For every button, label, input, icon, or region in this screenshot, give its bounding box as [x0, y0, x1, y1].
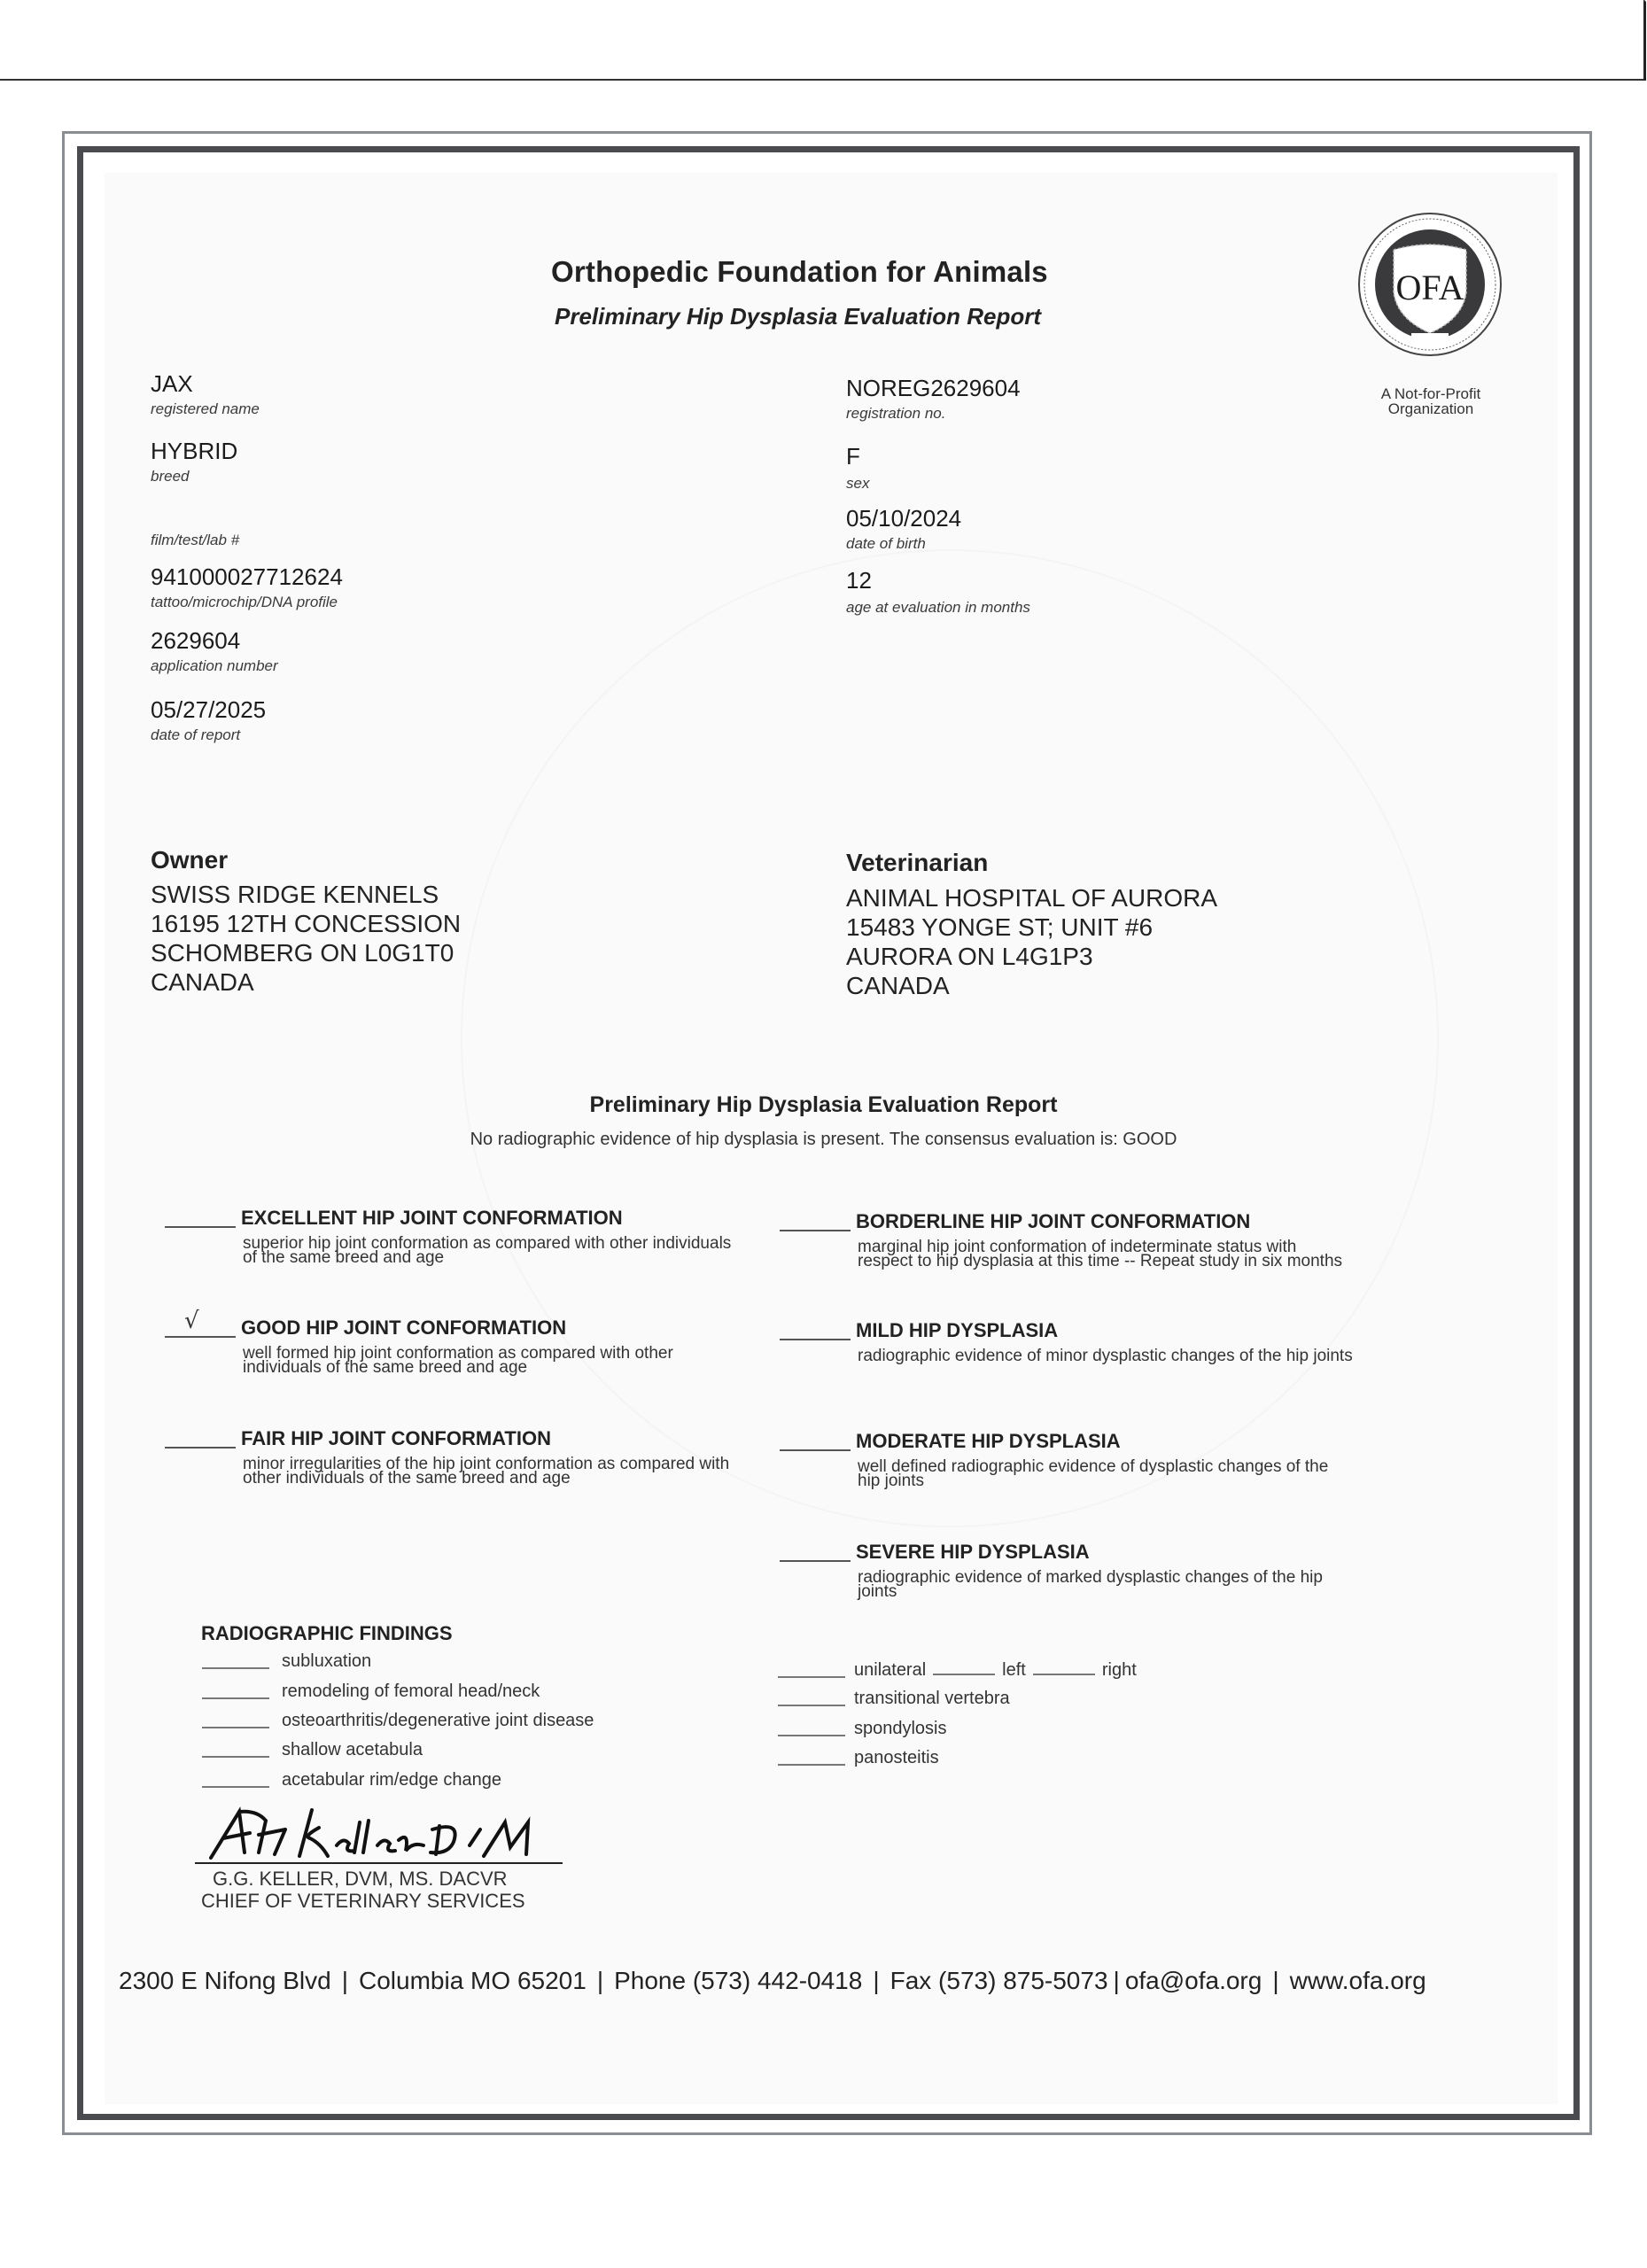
sex-label: sex	[846, 475, 869, 493]
footer-separator: |	[342, 1967, 348, 1994]
veterinarian-address: ANIMAL HOSPITAL OF AURORA 15483 YONGE ST…	[846, 883, 1217, 1000]
finding-label: subluxation	[282, 1651, 371, 1672]
svg-text:OFA: OFA	[1395, 268, 1464, 307]
date-of-birth-label: date of birth	[846, 535, 926, 553]
finding-label: panosteitis	[854, 1748, 939, 1768]
breed-value: HYBRID	[151, 438, 237, 465]
grade-description: radiographic evidence of minor dysplasti…	[858, 1349, 1354, 1363]
footer-separator: |	[1114, 1967, 1120, 1994]
veterinarian-line: AURORA ON L4G1P3	[846, 942, 1217, 971]
grade-description: well defined radiographic evidence of dy…	[858, 1460, 1354, 1488]
age-months-label: age at evaluation in months	[846, 599, 1030, 617]
grade-description: well formed hip joint conformation as co…	[243, 1347, 739, 1375]
finding-blank	[202, 1697, 269, 1699]
evaluation-summary: No radiographic evidence of hip dysplasi…	[0, 1130, 1647, 1150]
footer-email-link[interactable]: ofa@ofa.org	[1125, 1967, 1262, 1994]
footer-city: Columbia MO 65201	[359, 1967, 587, 1994]
finding-label: remodeling of femoral head/neck	[282, 1682, 540, 1702]
grade-title: GOOD HIP JOINT CONFORMATION	[241, 1317, 566, 1340]
footer-contact: 2300 E Nifong Blvd|Columbia MO 65201|Pho…	[119, 1967, 1426, 1995]
finding-label: transitional vertebra	[854, 1689, 1010, 1709]
finding-blank	[778, 1735, 845, 1736]
registration-no-value: NOREG2629604	[846, 375, 1021, 402]
report-subtitle: Preliminary Hip Dysplasia Evaluation Rep…	[555, 303, 1041, 330]
veterinarian-line: ANIMAL HOSPITAL OF AURORA	[846, 883, 1217, 913]
grade-checkbox-blank	[165, 1226, 236, 1228]
finding-blank	[202, 1667, 269, 1669]
finding-blank	[778, 1676, 845, 1678]
footer-address: 2300 E Nifong Blvd	[119, 1967, 331, 1994]
signature-line	[195, 1862, 563, 1864]
date-of-report-value: 05/27/2025	[151, 696, 266, 724]
right-blank	[1033, 1674, 1095, 1675]
organization-title: Orthopedic Foundation for Animals	[551, 255, 1048, 289]
grade-checkbox-blank	[780, 1339, 851, 1340]
grade-checkbox-blank	[780, 1560, 851, 1562]
grade-checkbox-blank	[780, 1449, 851, 1451]
registered-name-value: JAX	[151, 370, 193, 398]
scan-right-edge-line	[1643, 0, 1646, 81]
veterinarian-heading: Veterinarian	[846, 849, 988, 877]
date-of-report-label: date of report	[151, 726, 240, 744]
radiographic-findings-heading: RADIOGRAPHIC FINDINGS	[201, 1622, 453, 1645]
film-test-lab-label: film/test/lab #	[151, 532, 239, 549]
microchip-value: 941000027712624	[151, 563, 343, 591]
ofa-seal-icon: OFA	[1356, 211, 1503, 358]
grade-checkbox-blank	[165, 1447, 236, 1449]
grade-title: EXCELLENT HIP JOINT CONFORMATION	[241, 1207, 623, 1230]
veterinarian-line: 15483 YONGE ST; UNIT #6	[846, 913, 1217, 942]
evaluation-title: Preliminary Hip Dysplasia Evaluation Rep…	[0, 1092, 1647, 1118]
application-number-label: application number	[151, 657, 278, 675]
footer-website-link[interactable]: www.ofa.org	[1290, 1967, 1426, 1994]
date-of-birth-value: 05/10/2024	[846, 505, 961, 532]
check-mark-icon: √	[184, 1308, 199, 1334]
seal-caption: A Not-for-Profit Organization	[1356, 386, 1506, 416]
grade-title: SEVERE HIP DYSPLASIA	[856, 1541, 1090, 1564]
grade-title: BORDERLINE HIP JOINT CONFORMATION	[856, 1210, 1250, 1233]
finding-blank	[778, 1764, 845, 1766]
finding-label: acetabular rim/edge change	[282, 1770, 501, 1790]
age-months-value: 12	[846, 567, 872, 594]
finding-blank	[778, 1705, 845, 1706]
scan-top-edge-line	[0, 79, 1644, 81]
grade-checkbox-blank	[780, 1230, 851, 1231]
registered-name-label: registered name	[151, 400, 260, 418]
finding-label: unilateralleftright	[854, 1660, 1137, 1681]
grade-title: MILD HIP DYSPLASIA	[856, 1319, 1058, 1342]
owner-line: CANADA	[151, 967, 461, 997]
grade-description: radiographic evidence of marked dysplast…	[858, 1571, 1354, 1599]
finding-label: shallow acetabula	[282, 1740, 423, 1760]
veterinarian-line: CANADA	[846, 971, 1217, 1000]
footer-separator: |	[597, 1967, 603, 1994]
unilateral-label: unilateral	[854, 1660, 926, 1680]
finding-label: osteoarthritis/degenerative joint diseas…	[282, 1711, 594, 1731]
signature-scrawl-icon	[204, 1803, 567, 1863]
owner-address: SWISS RIDGE KENNELS 16195 12TH CONCESSIO…	[151, 880, 461, 997]
finding-blank	[202, 1786, 269, 1788]
breed-label: breed	[151, 468, 189, 485]
sex-value: F	[846, 443, 860, 470]
left-blank	[933, 1674, 995, 1675]
left-label: left	[1002, 1660, 1026, 1680]
footer-separator: |	[873, 1967, 879, 1994]
footer-separator: |	[1272, 1967, 1278, 1994]
seal-caption-line2: Organization	[1356, 401, 1506, 416]
right-label: right	[1102, 1660, 1137, 1680]
footer-fax: Fax (573) 875-5073	[890, 1967, 1108, 1994]
signer-name: G.G. KELLER, DVM, MS. DACVR	[213, 1868, 508, 1891]
owner-heading: Owner	[151, 846, 228, 874]
grade-description: superior hip joint conformation as compa…	[243, 1237, 739, 1265]
owner-line: SWISS RIDGE KENNELS	[151, 880, 461, 909]
grade-description: marginal hip joint conformation of indet…	[858, 1240, 1354, 1269]
signer-title: CHIEF OF VETERINARY SERVICES	[201, 1890, 525, 1913]
grade-title: FAIR HIP JOINT CONFORMATION	[241, 1427, 551, 1450]
registration-no-label: registration no.	[846, 405, 945, 423]
grade-title: MODERATE HIP DYSPLASIA	[856, 1430, 1121, 1453]
application-number-value: 2629604	[151, 627, 240, 655]
footer-phone: Phone (573) 442-0418	[614, 1967, 862, 1994]
grade-checkbox-blank	[165, 1336, 236, 1338]
owner-line: 16195 12TH CONCESSION	[151, 909, 461, 938]
grade-description: minor irregularities of the hip joint co…	[243, 1457, 739, 1486]
finding-blank	[202, 1756, 269, 1758]
seal-caption-line1: A Not-for-Profit	[1356, 386, 1506, 401]
finding-blank	[202, 1727, 269, 1728]
owner-line: SCHOMBERG ON L0G1T0	[151, 938, 461, 967]
seal-watermark	[461, 549, 1439, 1527]
finding-label: spondylosis	[854, 1719, 947, 1739]
microchip-label: tattoo/microchip/DNA profile	[151, 594, 338, 611]
